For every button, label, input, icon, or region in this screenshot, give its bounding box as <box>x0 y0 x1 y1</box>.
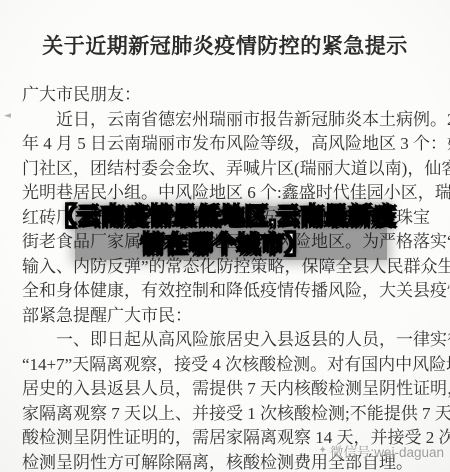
body-line: 家隔离观察 7 天以上、并接受 1 次核酸检测;不能提供 7 天内核 <box>22 402 428 427</box>
watermark: ✦ 微信号:wei-daguan <box>319 441 444 461</box>
watermark-logo-icon: ✦ <box>319 445 327 456</box>
body-line: 部紧急提醒广大市民： <box>22 304 428 329</box>
headline-overlay-text: 【云南疫情最低地区,云南最新疫 情在哪个城市】 <box>0 202 450 258</box>
body-line: 广大市民朋友： <box>22 83 428 108</box>
body-line: “14+7”天隔离观察，接受 4 次核酸检测。对有国内中风险地区旅 <box>22 353 428 378</box>
document-page: 关于近期新冠肺炎疫情防控的紧急提示 ◄ 广大市民朋友： 近日，云南省德宏州瑞丽市… <box>0 0 450 472</box>
headline-overlay-line2: 情在哪个城市】 <box>0 230 450 258</box>
body-line: 门社区，团结村委会金坎、弄喊片区(瑞丽大道以南)，仙客巷和 <box>22 157 428 182</box>
body-text: 广大市民朋友： 近日，云南省德宏州瑞丽市报告新冠肺炎本土病例。2021 年 4 … <box>22 83 428 472</box>
body-line: 近日，云南省德宏州瑞丽市报告新冠肺炎本土病例。2021 <box>22 108 428 133</box>
left-margin-marker-icon: ◄ <box>4 111 11 121</box>
page-title: 关于近期新冠肺炎疫情防控的紧急提示 <box>0 30 450 60</box>
body-line: 一、即日起从高风险旅居史入县返县的人员，一律实行 <box>22 328 428 353</box>
body-line: 年 4 月 5 日云南瑞丽市发布风险等级，高风险地区 3 个：姐告国 <box>22 132 428 157</box>
watermark-text: 微信号:wei-daguan <box>330 441 444 461</box>
body-line: 全和身体健康，有效控制和降低疫情传播风险，大关县疫情指挥 <box>22 279 428 304</box>
body-line: 居史的入县返县人员，需提供 7 天内核酸检测呈阴性证明，再居 <box>22 377 428 402</box>
headline-overlay-line1: 【云南疫情最低地区,云南最新疫 <box>0 202 450 230</box>
